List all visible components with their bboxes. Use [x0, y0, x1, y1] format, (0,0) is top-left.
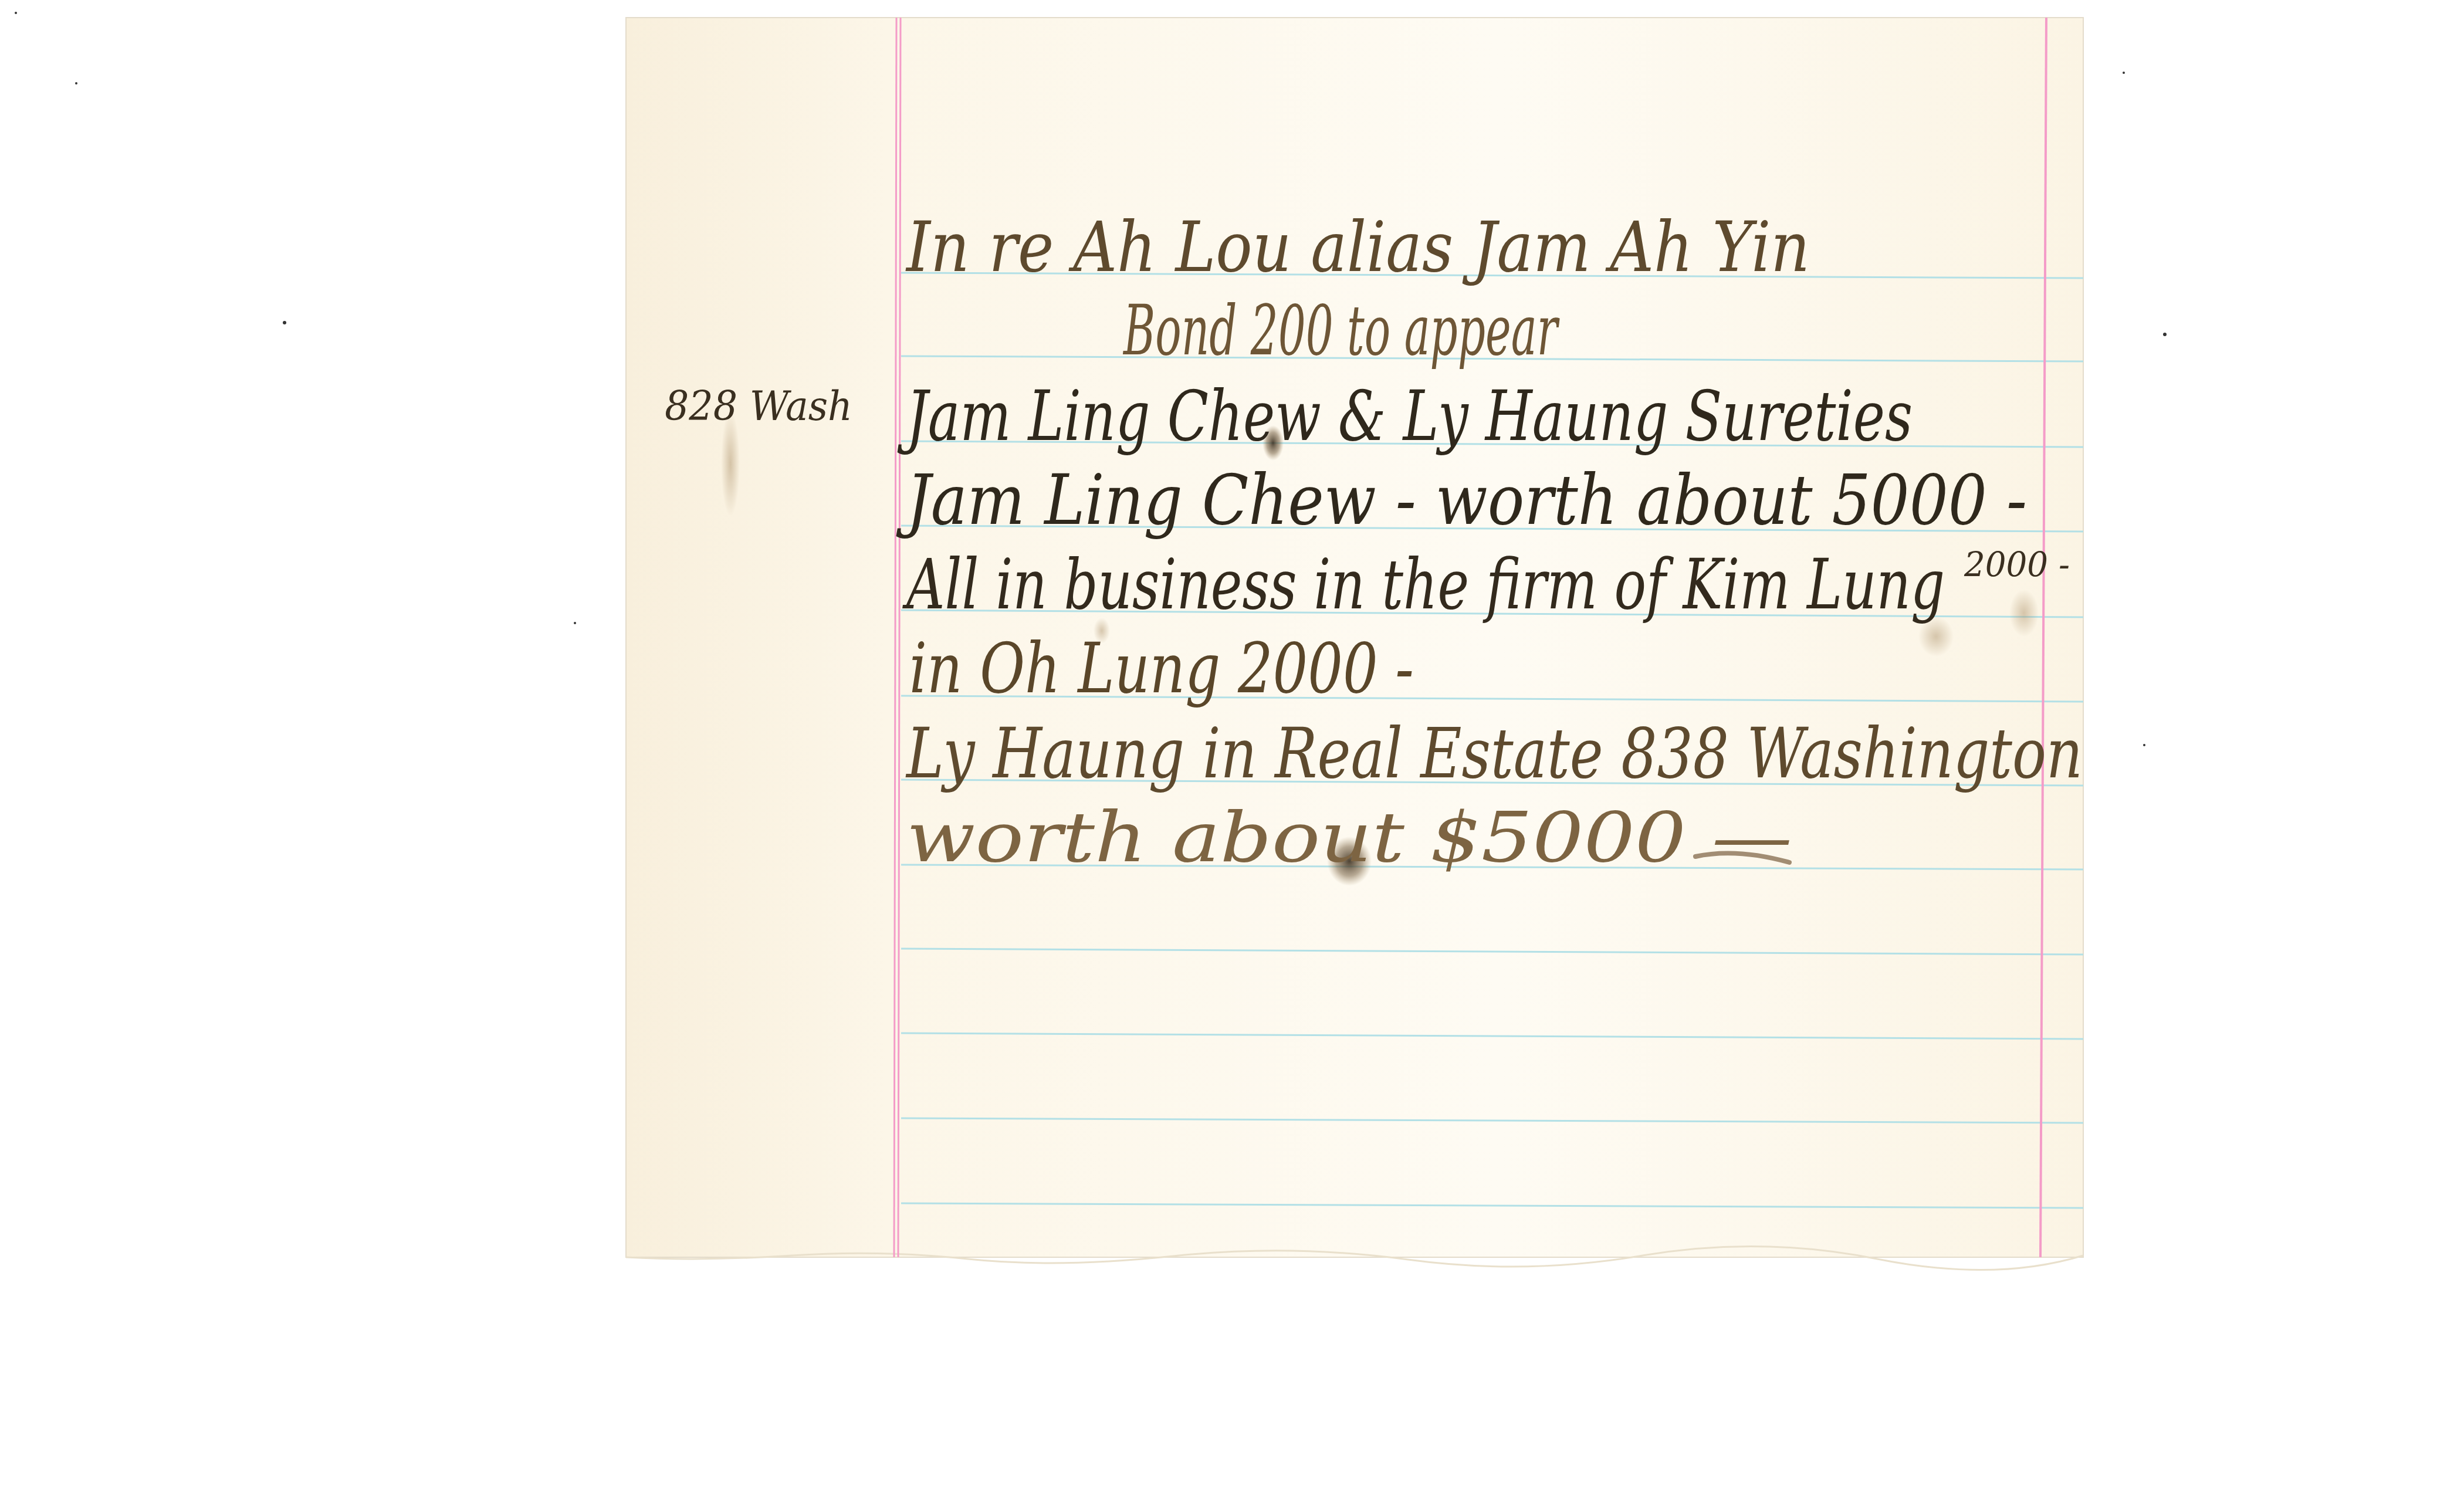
bond-line: Bond 200 to appear: [1123, 290, 1560, 371]
oh-lung-line: in Oh Lung 2000 -: [909, 628, 1414, 709]
superscript-amount: 2000 -: [1964, 544, 2070, 584]
sureties-line: Jam Ling Chew & Ly Haung Sureties: [897, 375, 1913, 456]
real-estate-line: Ly Haung in Real Estate 838 Washington: [905, 713, 2083, 794]
margin-note: 828 Wash: [665, 382, 852, 430]
scanned-document: 828 Wash In re Ah Lou alias Jam Ah Yin B…: [0, 0, 2464, 1496]
business-line: All in business in the firm of Kim Lung: [902, 544, 1945, 625]
entry-title-line: In re Ah Lou alias Jam Ah Yin: [905, 207, 1810, 287]
surety-worth-line: Jam Ling Chew - worth about 5000 -: [896, 459, 2027, 540]
real-estate-worth-line: worth about $5000 —: [906, 797, 1792, 878]
